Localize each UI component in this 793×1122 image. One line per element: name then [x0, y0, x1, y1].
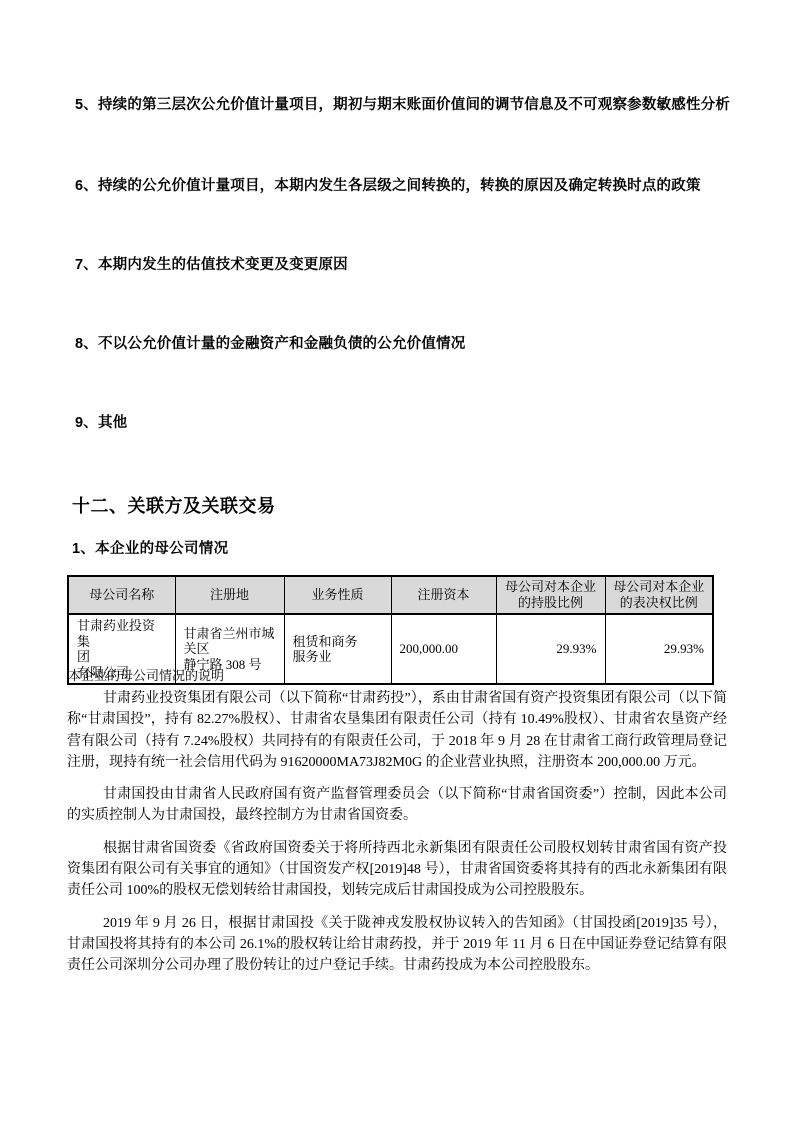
paragraph-4: 2019 年 9 月 26 日，根据甘肃国投《关于陇神戎发股权协议转入的告知函》… [67, 913, 727, 977]
col-header-business-nature: 业务性质 [284, 576, 391, 614]
cell-shareholding-ratio: 29.93% [496, 614, 605, 684]
section-title: 十二、关联方及关联交易 [72, 492, 276, 518]
heading-5: 5、持续的第三层次公允价值计量项目，期初与期末账面价值间的调节信息及不可观察参数… [75, 96, 743, 114]
cell-registered-capital: 200,000.00 [391, 614, 496, 684]
heading-6: 6、持续的公允价值计量项目，本期内发生各层级之间转换的，转换的原因及确定转换时点… [75, 177, 743, 195]
cell-voting-ratio: 29.93% [605, 614, 713, 684]
col-header-registered-capital: 注册资本 [391, 576, 496, 614]
subsection-title: 1、本企业的母公司情况 [72, 537, 228, 558]
col-header-registered-place: 注册地 [175, 576, 284, 614]
cell-business-nature: 租赁和商务 服务业 [284, 614, 391, 684]
explanation-paragraphs: 甘肃药业投资集团有限公司（以下简称“甘肃药投”），系由甘肃省国有资产投资集团有限… [67, 688, 727, 988]
table-header-row: 母公司名称 注册地 业务性质 注册资本 母公司对本企业 的持股比例 母公司对本企… [68, 576, 713, 614]
col-header-voting-ratio: 母公司对本企业 的表决权比例 [605, 576, 713, 614]
paragraph-3: 根据甘肃省国资委《省政府国资委关于将所持西北永新集团有限责任公司股权划转甘肃省国… [67, 838, 727, 902]
note-label: 本企业的母公司情况的说明 [68, 667, 224, 685]
col-header-shareholding-ratio: 母公司对本企业 的持股比例 [496, 576, 605, 614]
document-page: 5、持续的第三层次公允价值计量项目，期初与期末账面价值间的调节信息及不可观察参数… [0, 0, 793, 1122]
paragraph-1: 甘肃药业投资集团有限公司（以下简称“甘肃药投”），系由甘肃省国有资产投资集团有限… [67, 688, 727, 773]
heading-9: 9、其他 [75, 414, 743, 432]
heading-7: 7、本期内发生的估值技术变更及变更原因 [75, 256, 743, 274]
paragraph-2: 甘肃国投由甘肃省人民政府国有资产监督管理委员会（以下简称“甘肃省国资委”）控制，… [67, 784, 727, 827]
heading-8: 8、不以公允价值计量的金融资产和金融负债的公允价值情况 [75, 335, 743, 353]
col-header-company-name: 母公司名称 [68, 576, 175, 614]
